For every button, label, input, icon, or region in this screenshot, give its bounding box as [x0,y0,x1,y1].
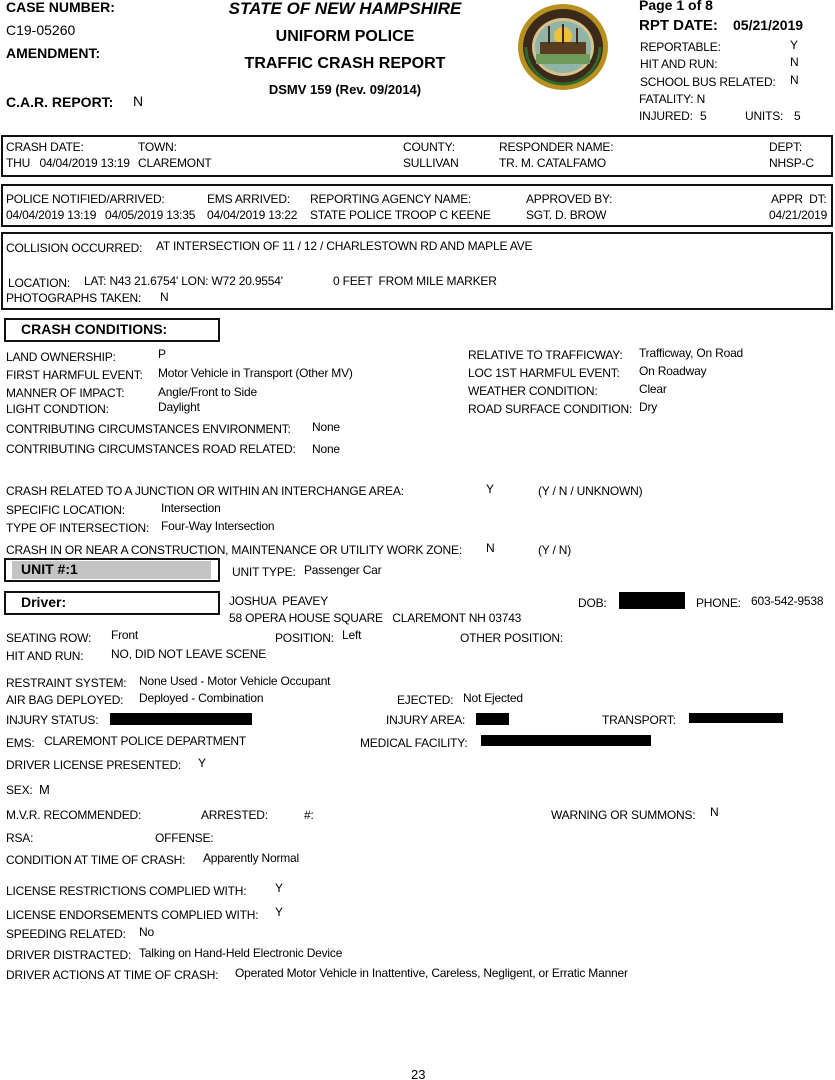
rpt-date: 05/21/2019 [733,17,803,33]
crash-date-label: CRASH DATE: [6,140,84,154]
appr-dt: 04/21/2019 [769,208,827,222]
title-state: STATE OF NEW HAMPSHIRE [210,0,480,19]
injured-value: 5 [700,109,706,123]
speeding: No [139,925,154,939]
ejected: Not Ejected [463,691,523,705]
title-line2: TRAFFIC CRASH REPORT [210,55,480,73]
injured-label: INJURED: [639,109,693,123]
units-label: UNITS: [745,109,783,123]
page-indicator: Page 1 of 8 [639,0,713,13]
loc-first-label: LOC 1ST HARMFUL EVENT: [468,366,620,380]
approved-by-label: APPROVED BY: [526,192,612,206]
land-ownership-label: LAND OWNERSHIP: [6,350,116,364]
relative: Trafficway, On Road [639,346,743,360]
license-presented: Y [198,756,206,770]
manner: Angle/Front to Side [158,385,257,399]
road-surface: Dry [639,400,657,414]
driver-heading: Driver: [21,594,66,610]
ems-value: CLAREMONT POLICE DEPARTMENT [44,734,246,748]
land-ownership: P [158,347,166,361]
crash-conditions-heading: CRASH CONDITIONS: [21,321,167,337]
airbag: Deployed - Combination [139,691,263,705]
medical-facility-redacted [481,735,651,746]
position: Left [342,628,361,642]
ems-arrived-label: EMS ARRIVED: [207,192,290,206]
env: None [312,420,340,434]
injury-area-label: INJURY AREA: [386,713,465,727]
responder-label: RESPONDER NAME: [499,140,613,154]
road-related: None [312,442,340,456]
school-bus-label: SCHOOL BUS RELATED: [640,75,776,89]
loc-first: On Roadway [639,364,706,378]
position-label: POSITION: [275,631,334,645]
police-notified: 04/04/2019 13:19 [6,208,96,222]
offense-label: OFFENSE: [155,831,213,845]
actions-label: DRIVER ACTIONS AT TIME OF CRASH: [6,968,218,982]
intersection-type-label: TYPE OF INTERSECTION: [6,521,149,535]
title-line1: UNIFORM POLICE [210,28,480,46]
county-label: COUNTY: [403,140,455,154]
phone: 603-542-9538 [751,594,823,608]
agency-label: REPORTING AGENCY NAME: [310,192,471,206]
weather: Clear [639,382,667,396]
restraint: None Used - Motor Vehicle Occupant [139,674,330,688]
distracted: Talking on Hand-Held Electronic Device [139,946,342,960]
fatality: FATALITY: N [639,92,705,106]
transport-redacted [689,713,783,723]
phone-label: PHONE: [696,596,741,610]
number-label: #: [304,808,314,822]
restrictions: Y [275,881,283,895]
location-label: LOCATION: [8,276,70,290]
road-surface-label: ROAD SURFACE CONDITION: [468,402,632,416]
photographs-label: PHOTOGRAPHS TAKEN: [6,291,141,305]
sex-label: SEX: [6,783,33,797]
photographs-value: N [160,290,168,304]
warning: N [710,805,718,819]
driver-hit-run: NO, DID NOT LEAVE SCENE [111,647,266,661]
restrictions-label: LICENSE RESTRICTIONS COMPLIED WITH: [6,884,246,898]
case-number-label: CASE NUMBER: [6,0,115,15]
specific-location-label: SPECIFIC LOCATION: [6,503,125,517]
first-harmful-label: FIRST HARMFUL EVENT: [6,368,143,382]
airbag-label: AIR BAG DEPLOYED: [6,693,123,707]
mile-marker: 0 FEET FROM MILE MARKER [333,274,497,288]
work-zone: N [486,541,494,555]
car-report-label: C.A.R. REPORT: [6,94,113,110]
school-bus-value: N [790,73,798,87]
speeding-label: SPEEDING RELATED: [6,927,126,941]
driver-address: 58 OPERA HOUSE SQUARE CLAREMONT NH 03743 [229,611,521,625]
dept-label: DEPT: [769,140,802,154]
env-label: CONTRIBUTING CIRCUMSTANCES ENVIRONMENT: [6,422,291,436]
reportable-label: REPORTABLE: [640,40,721,54]
hit-and-run-value: N [790,55,798,69]
appr-dt-label: APPR DT: [771,192,827,206]
weather-label: WEATHER CONDITION: [468,384,598,398]
distracted-label: DRIVER DISTRACTED: [6,948,131,962]
driver-name: JOSHUA PEAVEY [229,594,328,608]
collision-occurred: AT INTERSECTION OF 11 / 12 / CHARLESTOWN… [156,239,532,253]
rpt-date-label: RPT DATE: [639,17,718,34]
ejected-label: EJECTED: [397,693,453,707]
county: SULLIVAN [403,156,459,170]
form-code: DSMV 159 (Rev. 09/2014) [210,82,480,97]
first-harmful: Motor Vehicle in Transport (Other MV) [158,366,353,380]
sex: M [39,782,50,797]
injury-area-redacted [476,713,509,725]
ems-label: EMS: [6,736,35,750]
actions: Operated Motor Vehicle in Inattentive, C… [235,966,628,980]
police-arrived: 04/05/2019 13:35 [105,208,195,222]
unit-type-label: UNIT TYPE: [232,565,296,579]
condition-label: CONDITION AT TIME OF CRASH: [6,853,185,867]
town: CLAREMONT [138,156,212,170]
light-label: LIGHT CONDTION: [6,402,109,416]
ems-arrived: 04/04/2019 13:22 [207,208,297,222]
relative-label: RELATIVE TO TRAFFICWAY: [468,348,623,362]
agency: STATE POLICE TROOP C KEENE [310,208,491,222]
endorsements-label: LICENSE ENDORSEMENTS COMPLIED WITH: [6,908,258,922]
endorsements: Y [275,905,283,919]
dob-redacted [619,592,685,609]
location: LAT: N43 21.6754' LON: W72 20.9554' [84,274,283,288]
condition: Apparently Normal [203,851,299,865]
car-report-value: N [133,93,143,109]
manner-label: MANNER OF IMPACT: [6,386,124,400]
work-zone-options: (Y / N) [538,543,571,557]
driver-hit-run-label: HIT AND RUN: [6,649,83,663]
intersection-type: Four-Way Intersection [161,519,274,533]
units-value: 5 [794,109,800,123]
mvr-label: M.V.R. RECOMMENDED: [6,808,141,822]
reportable-value: Y [790,38,798,52]
collision-occurred-label: COLLISION OCCURRED: [6,241,142,255]
restraint-label: RESTRAINT SYSTEM: [6,676,126,690]
junction-label: CRASH RELATED TO A JUNCTION OR WITHIN AN… [6,484,404,498]
hit-and-run-label: HIT AND RUN: [640,57,717,71]
medical-facility-label: MEDICAL FACILITY: [360,736,468,750]
crash-date: THU 04/04/2019 13:19 [6,156,130,170]
state-seal-icon [516,2,610,92]
work-zone-label: CRASH IN OR NEAR A CONSTRUCTION, MAINTEN… [6,543,462,557]
injury-status-redacted [110,713,252,725]
unit-type: Passenger Car [304,563,381,577]
amendment-label: AMENDMENT: [6,45,100,61]
unit-heading: UNIT #:1 [21,561,78,577]
police-notified-label: POLICE NOTIFIED/ARRIVED: [6,192,165,206]
junction-options: (Y / N / UNKNOWN) [538,484,642,498]
arrested-label: ARRESTED: [201,808,268,822]
transport-label: TRANSPORT: [602,713,676,727]
dob-label: DOB: [578,596,607,610]
road-related-label: CONTRIBUTING CIRCUMSTANCES ROAD RELATED: [6,442,296,456]
seating-row-label: SEATING ROW: [6,631,91,645]
rsa-label: RSA: [6,831,33,845]
other-position-label: OTHER POSITION: [460,631,563,645]
seating-row: Front [111,628,138,642]
injury-status-label: INJURY STATUS: [6,713,98,727]
warning-label: WARNING OR SUMMONS: [551,808,695,822]
specific-location: Intersection [161,501,221,515]
dept: NHSP-C [769,156,814,170]
approved-by: SGT. D. BROW [526,208,606,222]
license-presented-label: DRIVER LICENSE PRESENTED: [6,758,181,772]
page-number: 23 [411,1067,425,1080]
light: Daylight [158,400,200,414]
case-number: C19-05260 [6,22,75,38]
town-label: TOWN: [138,140,177,154]
junction: Y [486,482,494,496]
responder: TR. M. CATALFAMO [499,156,606,170]
